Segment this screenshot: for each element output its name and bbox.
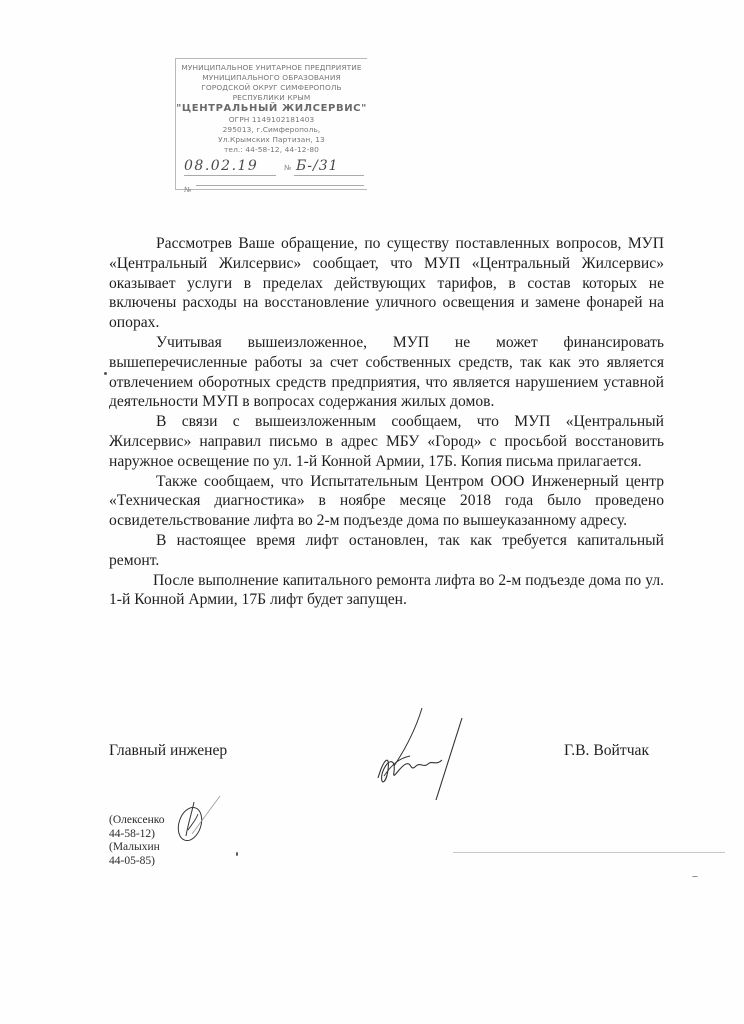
paragraph: В настоящее время лифт остановлен, так к… (109, 531, 664, 571)
stamp-second-number-label: № (184, 186, 191, 194)
divider-line (453, 852, 725, 853)
stamp-number-label: № (284, 164, 291, 172)
stamp-address-1: 295013, г.Симферополь, (176, 125, 367, 135)
stamp-second-number-row: № (184, 177, 364, 187)
stamp-line: МУНИЦИПАЛЬНОЕ УНИТАРНОЕ ПРЕДПРИЯТИЕ (176, 63, 367, 73)
stamp-number: Б-/31 (296, 158, 339, 174)
contact-line: 44-58-12) (109, 828, 165, 842)
number-underline (294, 175, 364, 176)
contact-line: (Олексенко (109, 814, 165, 828)
paragraph: Рассмотрев Ваше обращение, по существу п… (109, 234, 664, 333)
registration-stamp: МУНИЦИПАЛЬНОЕ УНИТАРНОЕ ПРЕДПРИЯТИЕ МУНИ… (175, 58, 367, 190)
contact-line: (Малыхин (109, 841, 165, 855)
scan-speck (104, 372, 107, 375)
paragraph: После выполнение капитального ремонта ли… (109, 571, 664, 611)
paragraph: В связи с вышеизложенным сообщаем, что М… (109, 412, 664, 471)
scan-speck (236, 852, 238, 856)
stamp-line: РЕСПУБЛИКИ КРЫМ (176, 93, 367, 103)
signer-name: Г.В. Войтчак (564, 742, 649, 760)
letter-page: МУНИЦИПАЛЬНОЕ УНИТАРНОЕ ПРЕДПРИЯТИЕ МУНИ… (0, 0, 744, 1024)
paragraph: Учитывая вышеизложенное, МУП не может фи… (109, 333, 664, 412)
second-number-underline (196, 185, 364, 186)
stamp-date: 08.02.19 (184, 158, 258, 174)
letter-body: Рассмотрев Ваше обращение, по существу п… (109, 234, 664, 610)
handwritten-signature-icon (370, 700, 510, 810)
scan-speck (692, 876, 698, 877)
date-underline (184, 175, 276, 176)
stamp-address-2: Ул.Крымских Партизан, 13 (176, 135, 367, 145)
signer-title: Главный инженер (109, 742, 227, 760)
paragraph: Также сообщаем, что Испытательным Центро… (109, 472, 664, 531)
stamp-date-row: 08.02.19 № Б-/31 (184, 162, 364, 176)
stamp-organization: "ЦЕНТРАЛЬНЫЙ ЖИЛСЕРВИС" (176, 103, 367, 115)
initials-signature-icon (168, 790, 228, 845)
stamp-phones: тел.: 44-58-12, 44-12-80 (176, 145, 367, 155)
stamp-line: МУНИЦИПАЛЬНОГО ОБРАЗОВАНИЯ (176, 73, 367, 83)
stamp-line: ГОРОДСКОЙ ОКРУГ СИМФЕРОПОЛЬ (176, 83, 367, 93)
executors-contacts: (Олексенко 44-58-12) (Малыхин 44-05-85) (109, 814, 165, 868)
stamp-ogrn: ОГРН 1149102181403 (176, 115, 367, 125)
contact-line: 44-05-85) (109, 855, 165, 869)
